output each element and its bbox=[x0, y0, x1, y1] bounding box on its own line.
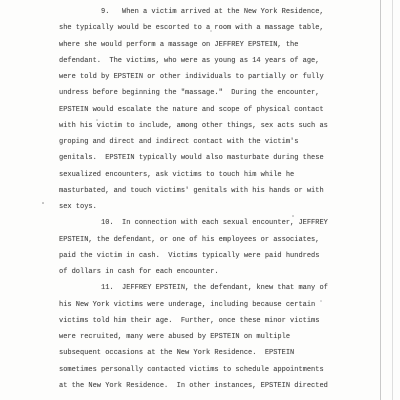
document-page: 9. When a victim arrived at the New York… bbox=[0, 0, 400, 400]
document-line: undress before beginning the "massage." … bbox=[59, 85, 328, 101]
document-line: masturbated, and touch victims' genitals… bbox=[59, 183, 328, 199]
document-line: at the New York Residence. In other inst… bbox=[59, 378, 328, 394]
document-line: sex toys. bbox=[59, 199, 328, 215]
document-line: victims told him their age. Further, onc… bbox=[59, 313, 328, 329]
document-line: sometimes personally contacted victims t… bbox=[59, 362, 328, 378]
document-line: were told by EPSTEIN or other individual… bbox=[59, 69, 328, 85]
document-line: where she would perform a massage on JEF… bbox=[59, 37, 328, 53]
document-line: EPSTEIN, the defendant, or one of his em… bbox=[59, 232, 328, 248]
document-line: of dollars in cash for each encounter. bbox=[59, 264, 328, 280]
document-line: paid the victim in cash. Victims typical… bbox=[59, 248, 328, 264]
document-line: defendant. The victims, who were as youn… bbox=[59, 53, 328, 69]
document-line: groping and direct and indirect contact … bbox=[59, 134, 328, 150]
document-line: genitals. EPSTEIN typically would also m… bbox=[59, 150, 328, 166]
document-line: his New York victims were underage, incl… bbox=[59, 297, 328, 313]
document-line: sexualized encounters, ask victims to to… bbox=[59, 167, 328, 183]
document-line: 9. When a victim arrived at the New York… bbox=[59, 4, 328, 20]
document-line: she typically would be escorted to a roo… bbox=[59, 20, 328, 36]
document-line: EPSTEIN would escalate the nature and sc… bbox=[59, 102, 328, 118]
document-line: 10. In connection with each sexual encou… bbox=[59, 215, 328, 231]
document-text-block: 9. When a victim arrived at the New York… bbox=[59, 4, 328, 394]
document-line: with his victim to include, among other … bbox=[59, 118, 328, 134]
scan-noise-specks bbox=[0, 0, 2, 2]
page-edge-shadow-line bbox=[392, 0, 393, 400]
document-line: 11. JEFFREY EPSTEIN, the defendant, knew… bbox=[59, 280, 328, 296]
page-edge-line bbox=[380, 0, 381, 400]
document-line: subsequent occasions at the New York Res… bbox=[59, 345, 328, 361]
document-line: were recruited, many were abused by EPST… bbox=[59, 329, 328, 345]
